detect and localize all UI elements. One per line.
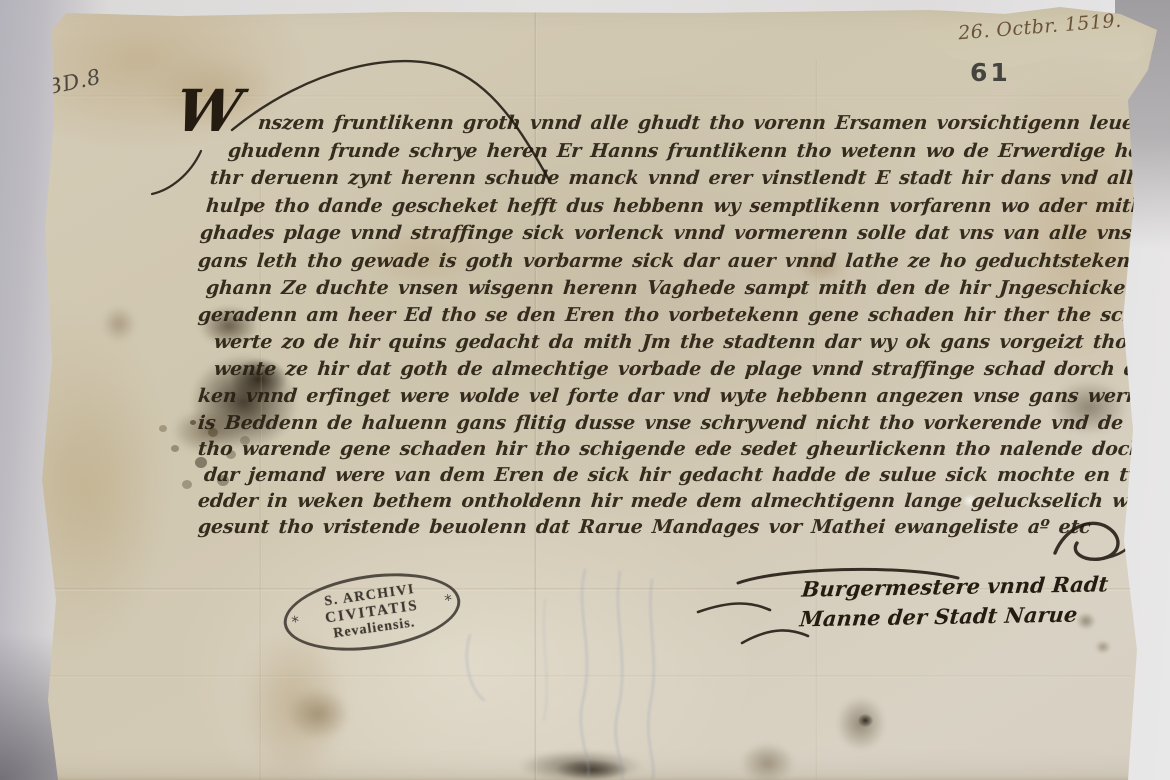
manuscript-line: werte zo de hir quins gedacht da mith Jm…: [213, 331, 1160, 353]
ink-blot: [518, 750, 643, 780]
ink-specks: [190, 420, 196, 425]
manuscript-line: geradenn am heer Ed tho se den Eren tho …: [197, 304, 1170, 326]
manuscript-line: edder in weken bethem ontholdenn hir med…: [197, 490, 1170, 512]
manuscript-line: dar jemand were van dem Eren de sick hir…: [203, 464, 1170, 486]
ink-blot: [858, 714, 873, 727]
photo-background: BD.8 26. Octbr. 1519. 61 W nszem fruntli…: [0, 0, 1170, 780]
manuscript-line: ken vnnd erfinget were wolde vel forte d…: [197, 385, 1170, 407]
document-number: 61: [970, 58, 1011, 87]
manuscript-line: gesunt tho vristende beuolenn dat Rarue …: [197, 516, 1091, 538]
manuscript-line: tho warende gene schaden hir tho schigen…: [197, 438, 1170, 460]
manuscript-line: nszem fruntlikenn groth vnnd alle ghudt …: [257, 112, 1170, 134]
ink-speck: [1095, 640, 1111, 654]
manuscript-line: thr deruenn zynt herenn schude manck vnn…: [209, 167, 1146, 189]
manuscript-line: is Beddenn de haluenn gans flitig dusse …: [197, 412, 1170, 434]
manuscript-line: ghudenn frunde schrye heren Er Hanns fru…: [227, 140, 1170, 162]
initial-letter: W: [172, 82, 245, 140]
fold-crease-horizontal: [45, 675, 1130, 678]
ink-blot: [556, 760, 628, 780]
ink-blot: [740, 742, 795, 780]
manuscript-line: wente ze hir dat goth de almechtige vorb…: [213, 358, 1170, 380]
ink-blot: [836, 696, 886, 751]
manuscript-line: gans leth tho gewade is goth vorbarme si…: [197, 250, 1170, 272]
manuscript-paper: BD.8 26. Octbr. 1519. 61 W nszem fruntli…: [0, 0, 1170, 780]
ink-speck: [1076, 612, 1096, 630]
ink-blot: [288, 688, 350, 740]
water-stain: [38, 380, 153, 605]
manuscript-line: ghann Ze duchte vnsen wisgenn herenn Vag…: [205, 277, 1170, 299]
manuscript-line: hulpe tho dande gescheket hefft dus hebb…: [205, 195, 1170, 217]
ink-bleedthrough: [467, 570, 654, 778]
archive-stamp: * * S. ARCHIVI CIVITATIS Revaliensis.: [279, 563, 466, 661]
signature-line-1: Burgermestere vnnd Radt: [801, 571, 1110, 601]
manuscript-line: ghades plage vnnd straffinge sick vorlen…: [199, 222, 1170, 244]
ink-speck: [102, 306, 136, 342]
archive-ref-annotation: BD.8: [44, 64, 103, 99]
signature-line-2: Manne der Stadt Narue: [799, 602, 1079, 632]
